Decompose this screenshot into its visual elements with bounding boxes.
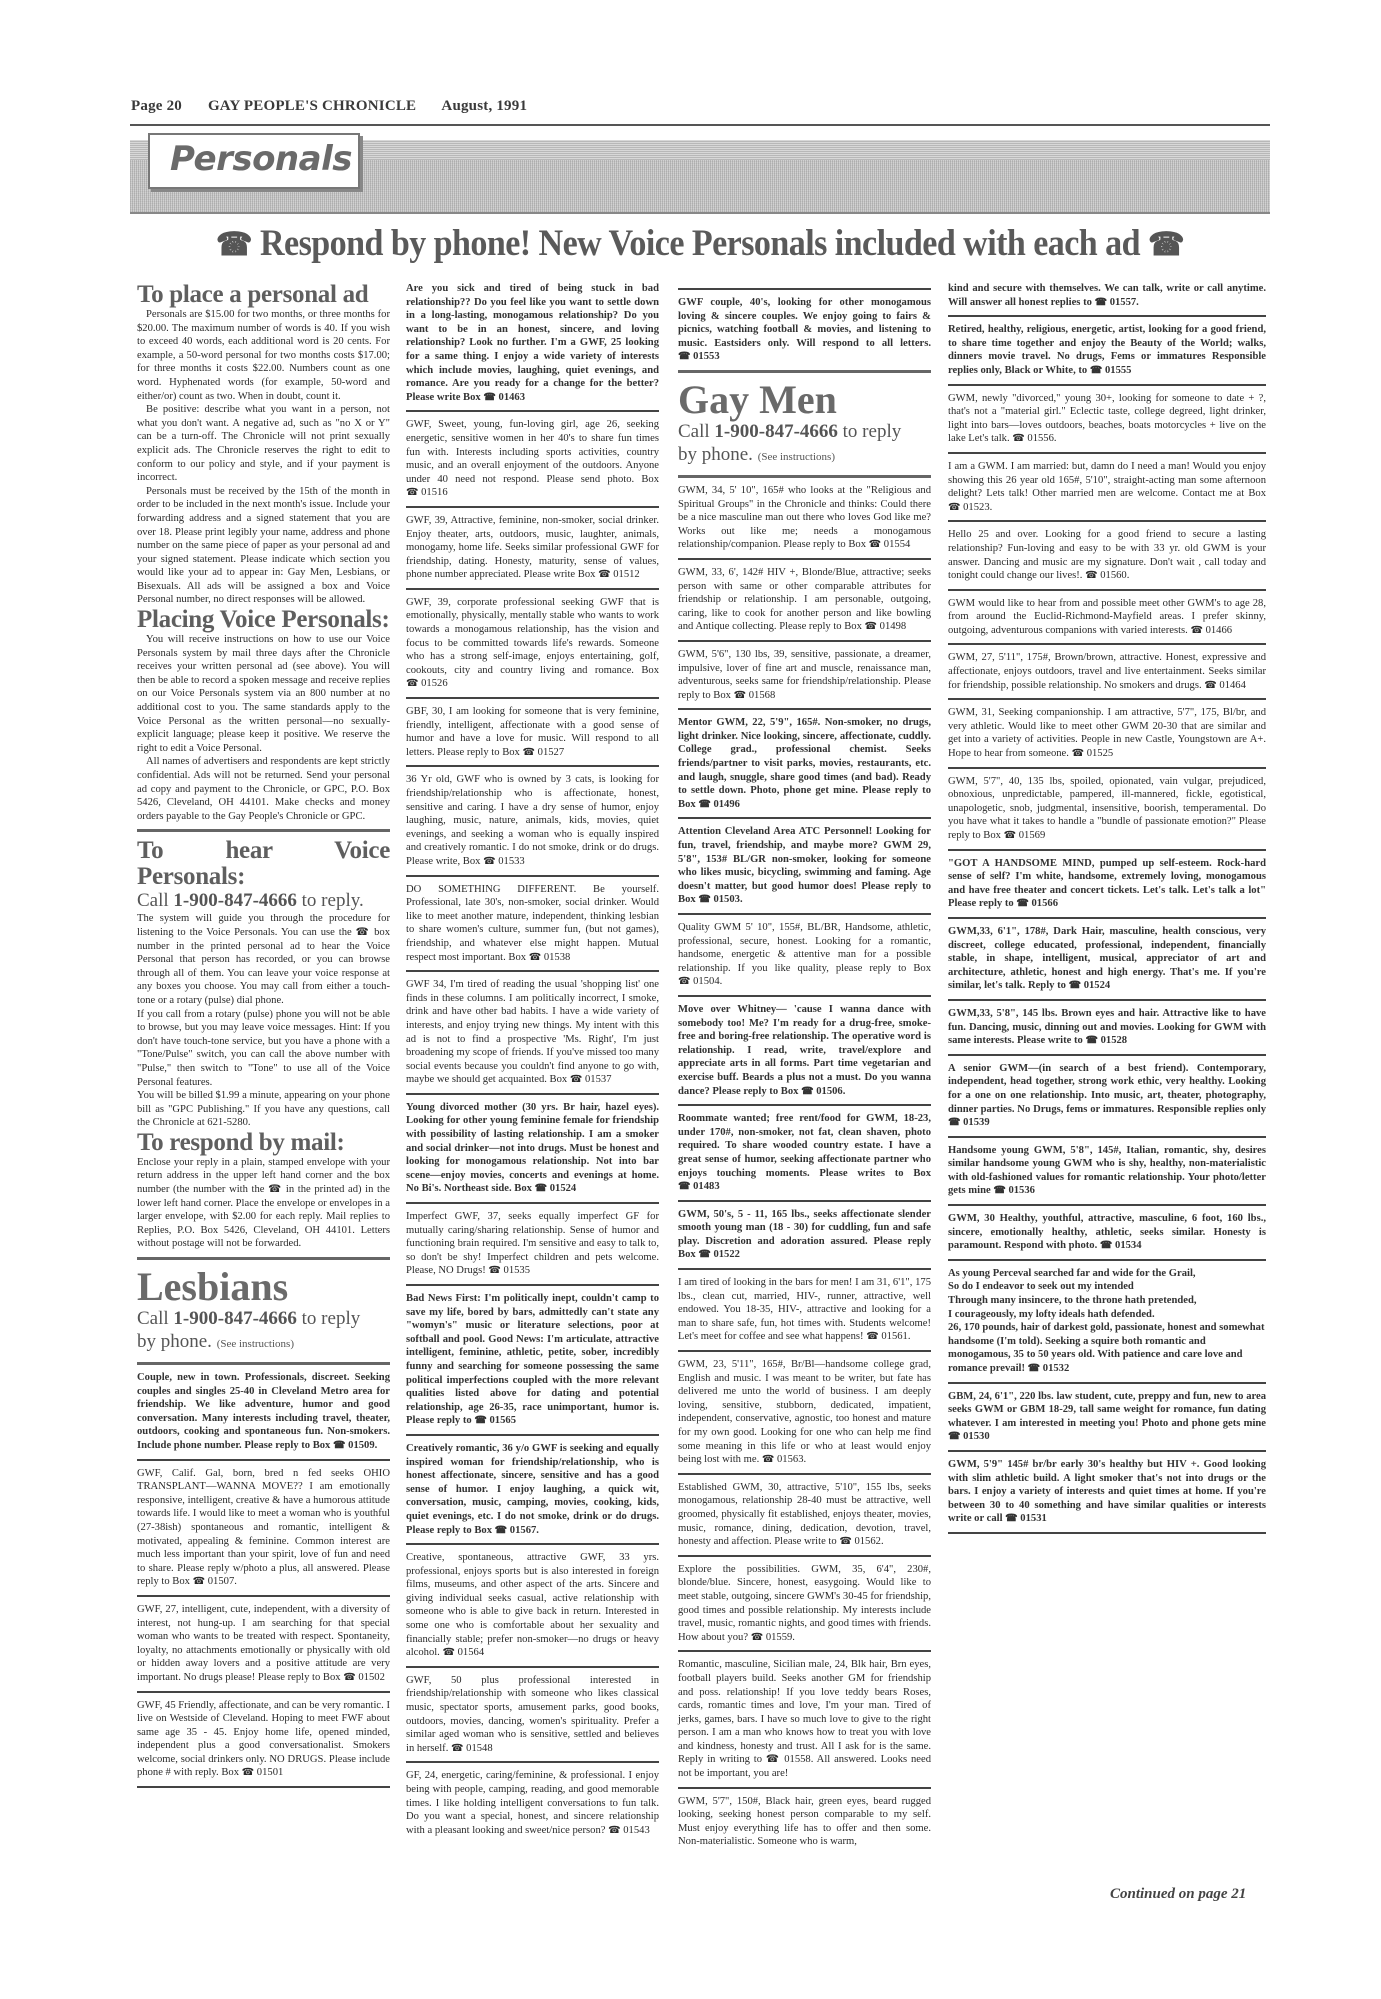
telephone-icon: ☎ xyxy=(1148,226,1184,262)
section-title: Personals xyxy=(170,139,352,179)
box-number: ☎ 01496 xyxy=(698,799,740,810)
box-id: 01496 xyxy=(713,799,739,810)
personal-ad: Young divorced mother (30 yrs. Br hair, … xyxy=(406,1101,659,1196)
ad-text: 36 Yr old, GWF who is owned by 3 cats, i… xyxy=(406,774,659,867)
page-number: Page 20 xyxy=(131,98,182,114)
divider xyxy=(406,970,659,972)
ad-text: GWF, Sweet, young, fun-loving girl, age … xyxy=(406,419,659,484)
telephone-icon: ☎ xyxy=(1072,748,1084,759)
telephone-icon: ☎ xyxy=(406,678,418,689)
telephone-icon: ☎ xyxy=(734,690,746,701)
divider xyxy=(137,1362,390,1365)
box-id: 01526 xyxy=(421,678,447,689)
ad-text: Bad News First: I'm politically inept, c… xyxy=(406,1293,659,1426)
phone-number: 1-900-847-4666 xyxy=(714,421,837,442)
call-suffix: to reply. xyxy=(297,890,364,911)
telephone-icon: ☎ xyxy=(1190,625,1202,636)
ad-text: GBM, 24, 6'1", 220 lbs. law student, cut… xyxy=(948,1391,1266,1429)
box-id: 01507. xyxy=(208,1576,237,1587)
box-id: 01522 xyxy=(713,1249,739,1260)
box-number: ☎ 01524 xyxy=(1069,980,1111,991)
divider xyxy=(406,1543,659,1545)
box-id: 01527 xyxy=(538,747,564,758)
box-id: 01557. xyxy=(1110,297,1139,308)
box-number: ☎ 01516 xyxy=(406,487,448,498)
ad-text: Quality GWM 5' 10", 155#, BL/BR, Handsom… xyxy=(678,922,931,974)
divider xyxy=(678,475,931,478)
box-id: 01538 xyxy=(544,952,570,963)
personal-ad: GWF 34, I'm tired of reading the usual '… xyxy=(406,978,659,1087)
ad-text: GWF, Calif. Gal, born, bred n fed seeks … xyxy=(137,1468,390,1588)
divider xyxy=(137,1691,390,1693)
telephone-icon: ☎ xyxy=(406,487,418,498)
telephone-icon: ☎ xyxy=(948,1117,960,1128)
divider xyxy=(678,640,931,642)
divider xyxy=(678,288,931,290)
divider xyxy=(137,1595,390,1597)
telephone-icon: ☎ xyxy=(678,1181,690,1192)
personal-ad: GBM, 24, 6'1", 220 lbs. law student, cut… xyxy=(948,1390,1266,1444)
divider xyxy=(406,765,659,767)
divider xyxy=(948,384,1266,386)
personal-ad: Are you sick and tired of being stuck in… xyxy=(406,282,659,404)
personal-ad: Attention Cleveland Area ATC Personnel! … xyxy=(678,825,931,907)
divider xyxy=(948,767,1266,769)
box-id: 01569 xyxy=(1019,830,1045,841)
box-id: 01531 xyxy=(1020,1513,1046,1524)
telephone-icon: ☎ xyxy=(801,1086,813,1097)
by-phone-text: by phone. xyxy=(678,444,753,465)
telephone-icon: ☎ xyxy=(678,976,690,987)
box-id: 01530 xyxy=(963,1431,989,1442)
box-id: 01501 xyxy=(257,1767,283,1778)
telephone-icon: ☎ xyxy=(865,621,877,632)
personal-ad: GWM, 5'7", 150#, Black hair, green eyes,… xyxy=(678,1795,931,1849)
telephone-icon: ☎ xyxy=(1028,1363,1040,1374)
divider xyxy=(948,1532,1266,1534)
gay-men-heading: Gay Men xyxy=(678,379,931,421)
personal-ad: Hello 25 and over. Looking for a good fr… xyxy=(948,528,1266,582)
box-number: ☎ 01526 xyxy=(406,678,448,689)
box-id: 01548 xyxy=(466,1743,492,1754)
voice-personals-paragraph: You will receive instructions on how to … xyxy=(137,633,390,755)
divider xyxy=(406,1093,659,1095)
hear-paragraph: You will be billed $1.99 a minute, appea… xyxy=(137,1089,390,1130)
divider xyxy=(678,708,931,710)
column-3: GWF couple, 40's, looking for other mono… xyxy=(678,282,931,1849)
mail-paragraph: Enclose your reply in a plain, stamped e… xyxy=(137,1156,390,1251)
box-id: 01528 xyxy=(1101,1035,1127,1046)
place-ad-paragraph: Personals must be received by the 15th o… xyxy=(137,485,390,607)
ad-text: Young divorced mother (30 yrs. Br hair, … xyxy=(406,1102,659,1195)
telephone-icon: ☎ xyxy=(1100,1240,1112,1251)
ad-text: GWM, 5'7", 40, 135 lbs, spoiled, opionat… xyxy=(948,776,1266,841)
personal-ad: GBF, 30, I am looking for someone that i… xyxy=(406,705,659,759)
divider xyxy=(678,1350,931,1352)
place-ad-paragraph: Personals are $15.00 for two months, or … xyxy=(137,308,390,403)
divider xyxy=(948,1450,1266,1452)
ad-text: Creatively romantic, 36 y/o GWF is seeki… xyxy=(406,1443,659,1536)
ad-text: Roommate wanted; free rent/food for GWM,… xyxy=(678,1113,931,1178)
box-id: 01537 xyxy=(585,1074,611,1085)
box-number: ☎ 01563. xyxy=(762,1454,806,1465)
call-suffix: to reply xyxy=(838,421,901,442)
box-id: 01509. xyxy=(348,1440,377,1451)
personal-ad: Romantic, masculine, Sicilian male, 24, … xyxy=(678,1658,931,1780)
telephone-icon: ☎ xyxy=(1004,830,1016,841)
headline-text: Respond by phone! New Voice Personals in… xyxy=(260,223,1140,264)
box-number: ☎ 01559. xyxy=(751,1632,795,1643)
box-id: 01535 xyxy=(504,1265,530,1276)
phone-number: 1-900-847-4666 xyxy=(173,890,296,911)
box-number: ☎ 01561. xyxy=(866,1331,910,1342)
telephone-icon: ☎ xyxy=(1085,570,1097,581)
divider xyxy=(678,1555,931,1557)
personal-ad: Mentor GWM, 22, 5'9", 165#. Non-smoker, … xyxy=(678,716,931,811)
voice-personals-heading: Placing Voice Personals: xyxy=(137,607,390,633)
box-number: ☎ 01502 xyxy=(343,1672,385,1683)
telephone-icon: ☎ xyxy=(698,1249,710,1260)
personal-ad: Bad News First: I'm politically inept, c… xyxy=(406,1292,659,1428)
box-number: ☎ 01553 xyxy=(678,351,720,362)
header-rule xyxy=(130,124,1270,126)
personal-ad: GWM, 27, 5'11", 175#, Brown/brown, attra… xyxy=(948,651,1266,692)
voice-personals-paragraph: All names of advertisers and respondents… xyxy=(137,755,390,823)
divider xyxy=(406,697,659,699)
personal-ad: "GOT A HANDSOME MIND, pumped up self-est… xyxy=(948,857,1266,911)
personal-ad: GWF, Calif. Gal, born, bred n fed seeks … xyxy=(137,1467,390,1589)
telephone-icon: ☎ xyxy=(193,1576,205,1587)
box-number: ☎ 01556. xyxy=(1012,433,1056,444)
telephone-icon: ☎ xyxy=(762,1454,774,1465)
respond-mail-heading: To respond by mail: xyxy=(137,1130,390,1156)
box-number: ☎ 01532 xyxy=(1028,1363,1070,1374)
box-id: 01523. xyxy=(963,502,992,513)
divider xyxy=(948,917,1266,919)
divider xyxy=(137,1257,390,1260)
ad-text: Established GWM, 30, attractive, 5'10", … xyxy=(678,1482,931,1547)
box-id: 01532 xyxy=(1043,1363,1069,1374)
personal-ad: Handsome young GWM, 5'8", 145#, Italian,… xyxy=(948,1144,1266,1198)
box-number: ☎ 01464 xyxy=(1204,680,1246,691)
personal-ad: DO SOMETHING DIFFERENT. Be yourself. Pro… xyxy=(406,883,659,965)
divider xyxy=(948,1054,1266,1056)
personal-ad: Retired, healthy, religious, energetic, … xyxy=(948,323,1266,377)
box-id: 01512 xyxy=(613,569,639,580)
box-number: ☎ 01498 xyxy=(865,621,907,632)
ad-text: "GOT A HANDSOME MIND, pumped up self-est… xyxy=(948,858,1266,910)
box-number: ☎ 01566 xyxy=(1016,898,1058,909)
divider xyxy=(137,1459,390,1461)
personal-ad: GWM would like to hear from and possible… xyxy=(948,597,1266,638)
box-id: 01504. xyxy=(693,976,722,987)
box-id: 01564 xyxy=(458,1647,484,1658)
ad-text: Creative, spontaneous, attractive GWF, 3… xyxy=(406,1552,659,1658)
divider xyxy=(406,588,659,590)
see-instructions-note: (See instructions) xyxy=(217,1338,294,1350)
box-number: ☎ 01501 xyxy=(242,1767,284,1778)
place-ad-paragraph: Be positive: describe what you want in a… xyxy=(137,403,390,485)
ad-text: GWF, 50 plus professional interested in … xyxy=(406,1675,659,1754)
hear-paragraph: The system will guide you through the pr… xyxy=(137,912,390,1007)
ad-text: Move over Whitney— 'cause I wanna dance … xyxy=(678,1004,931,1097)
telephone-icon: ☎ xyxy=(1012,433,1024,444)
divider xyxy=(948,1204,1266,1206)
telephone-icon: ☎ xyxy=(333,1440,345,1451)
box-number: ☎ 01564 xyxy=(443,1647,485,1658)
box-id: 01543 xyxy=(623,1825,649,1836)
box-number: ☎ 01567. xyxy=(495,1525,539,1536)
personal-ad: GWF, 39, corporate professional seeking … xyxy=(406,596,659,691)
ad-text: GWF 34, I'm tired of reading the usual '… xyxy=(406,979,659,1085)
personal-ad: GWM, 33, 6', 142# HIV +, Blonde/Blue, at… xyxy=(678,566,931,634)
personal-ad: Quality GWM 5' 10", 155#, BL/BR, Handsom… xyxy=(678,921,931,989)
divider xyxy=(678,817,931,819)
ad-text: GWM, newly "divorced," young 30+, lookin… xyxy=(948,393,1266,445)
divider xyxy=(948,1136,1266,1138)
personal-ad: GWM, 23, 5'11", 165#, Br/Bl—handsome col… xyxy=(678,1358,931,1467)
box-id: 01524 xyxy=(1084,980,1110,991)
telephone-icon: ☎ xyxy=(488,1265,500,1276)
box-number: ☎ 01554 xyxy=(869,539,911,550)
ad-text: I am a GWM. I am married: but, damn do I… xyxy=(948,461,1266,499)
lesbians-heading: Lesbians xyxy=(137,1266,390,1308)
box-id: 01560. xyxy=(1100,570,1129,581)
box-number: ☎ 01463 xyxy=(483,392,525,403)
telephone-icon: ☎ xyxy=(1090,365,1102,376)
divider xyxy=(948,520,1266,522)
box-id: 01568 xyxy=(749,690,775,701)
ad-text: Explore the possibilities. GWM, 35, 6'4"… xyxy=(678,1564,931,1643)
ad-text: GWM, 5'6", 130 lbs, 39, sensitive, passi… xyxy=(678,649,931,701)
personal-ad: Creative, spontaneous, attractive GWF, 3… xyxy=(406,1551,659,1660)
personal-ad: Explore the possibilities. GWM, 35, 6'4"… xyxy=(678,1563,931,1645)
box-id: 01483 xyxy=(693,1181,719,1192)
personal-ad: GWM, 5'6", 130 lbs, 39, sensitive, passi… xyxy=(678,648,931,702)
box-number: ☎ 01543 xyxy=(608,1825,650,1836)
divider xyxy=(948,698,1266,700)
by-phone-text: by phone. xyxy=(137,1331,212,1352)
divider xyxy=(678,1268,931,1270)
box-number: ☎ 01506. xyxy=(801,1086,845,1097)
box-number: ☎ 01528 xyxy=(1085,1035,1127,1046)
personal-ad: GWM,33, 5'8", 145 lbs. Brown eyes and ha… xyxy=(948,1007,1266,1048)
telephone-icon: ☎ xyxy=(678,351,690,362)
telephone-icon: ☎ xyxy=(993,1185,1005,1196)
telephone-icon: ☎ xyxy=(751,1632,763,1643)
column-1: To place a personal ad Personals are $15… xyxy=(137,282,390,1794)
box-id: 01536 xyxy=(1008,1185,1034,1196)
issue-date: August, 1991 xyxy=(441,98,527,114)
box-number: ☎ 01525 xyxy=(1072,748,1114,759)
box-number: ☎ 01565 xyxy=(474,1415,516,1426)
personal-ad: GWF, 50 plus professional interested in … xyxy=(406,1674,659,1756)
divider xyxy=(406,410,659,412)
telephone-icon: ☎ xyxy=(608,1825,620,1836)
personal-ad: A senior GWM—(in search of a best friend… xyxy=(948,1062,1266,1130)
ad-text: GWM, 23, 5'11", 165#, Br/Bl—handsome col… xyxy=(678,1359,931,1465)
box-number: ☎ 01527 xyxy=(523,747,565,758)
divider xyxy=(137,1786,390,1788)
personal-ad: I am tired of looking in the bars for me… xyxy=(678,1276,931,1344)
hear-call-line: Call 1-900-847-4666 to reply. xyxy=(137,890,390,912)
box-id: 01565 xyxy=(490,1415,516,1426)
divider xyxy=(678,913,931,915)
box-number: ☎ 01531 xyxy=(1005,1513,1047,1524)
personal-ad: Imperfect GWF, 37, seeks equally imperfe… xyxy=(406,1210,659,1278)
ad-text: Are you sick and tired of being stuck in… xyxy=(406,283,659,403)
telephone-icon: ☎ xyxy=(483,392,495,403)
personal-ad: GWM, 31, Seeking companionship. I am att… xyxy=(948,706,1266,760)
personal-ad-continued: kind and secure with themselves. We can … xyxy=(948,282,1266,309)
personal-ad: GWF couple, 40's, looking for other mono… xyxy=(678,296,931,364)
box-number: ☎ 01507. xyxy=(193,1576,237,1587)
personal-ad: GWF, Sweet, young, fun-loving girl, age … xyxy=(406,418,659,500)
divider xyxy=(406,1284,659,1286)
divider xyxy=(948,849,1266,851)
ad-text: A senior GWM—(in search of a best friend… xyxy=(948,1063,1266,1115)
divider xyxy=(948,452,1266,454)
telephone-icon: ☎ xyxy=(1204,680,1216,691)
telephone-icon: ☎ xyxy=(1005,1513,1017,1524)
box-number: ☎ 01536 xyxy=(993,1185,1035,1196)
box-id: 01464 xyxy=(1219,680,1245,691)
box-number: ☎ 01523. xyxy=(948,502,992,513)
box-id: 01556. xyxy=(1027,433,1056,444)
telephone-icon: ☎ xyxy=(570,1074,582,1085)
box-number: ☎ 01562. xyxy=(839,1536,883,1547)
page-folio: Page 20 GAY PEOPLE'S CHRONICLE August, 1… xyxy=(131,98,549,115)
box-number: ☎ 01568 xyxy=(734,690,776,701)
ad-text: Imperfect GWF, 37, seeks equally imperfe… xyxy=(406,1211,659,1276)
box-id: 01559. xyxy=(766,1632,795,1643)
personal-ad: Move over Whitney— 'cause I wanna dance … xyxy=(678,1003,931,1098)
box-number: ☎ 01539 xyxy=(948,1117,990,1128)
personal-ad: GWM, 5'7", 40, 135 lbs, spoiled, opionat… xyxy=(948,775,1266,843)
telephone-icon: ☎ xyxy=(698,894,710,905)
telephone-icon: ☎ xyxy=(483,856,495,867)
personal-ad: GWM, 50's, 5 - 11, 165 lbs., seeks affec… xyxy=(678,1208,931,1262)
divider xyxy=(678,1104,931,1106)
box-number: ☎ 01533 xyxy=(483,856,525,867)
telephone-icon: ☎ xyxy=(529,952,541,963)
place-ad-heading: To place a personal ad xyxy=(137,282,390,308)
divider xyxy=(678,558,931,560)
personal-ad: I am a GWM. I am married: but, damn do I… xyxy=(948,460,1266,514)
box-id: 01533 xyxy=(498,856,524,867)
telephone-icon: ☎ xyxy=(443,1647,455,1658)
box-number: ☎ 01537 xyxy=(570,1074,612,1085)
telephone-icon: ☎ xyxy=(839,1536,851,1547)
box-id: 01562. xyxy=(854,1536,883,1547)
personal-ad: Roommate wanted; free rent/food for GWM,… xyxy=(678,1112,931,1194)
telephone-icon: ☎ xyxy=(242,1767,254,1778)
personal-ad: GWM, newly "divorced," young 30+, lookin… xyxy=(948,392,1266,446)
divider xyxy=(406,875,659,877)
personal-ad: As young Perceval searched far and wide … xyxy=(948,1267,1266,1376)
personal-ad: Couple, new in town. Professionals, disc… xyxy=(137,1371,390,1453)
telephone-icon: ☎ xyxy=(1016,898,1028,909)
personal-ad: GWM, 34, 5' 10", 165# who looks at the "… xyxy=(678,484,931,552)
telephone-icon: ☎ xyxy=(866,1331,878,1342)
box-number: ☎ 01509. xyxy=(333,1440,377,1451)
telephone-icon: ☎ xyxy=(1069,980,1081,991)
section-banner-box: Personals xyxy=(148,133,360,189)
box-id: 01539 xyxy=(963,1117,989,1128)
box-id: 01567. xyxy=(510,1525,539,1536)
by-phone-line: by phone. (See instructions) xyxy=(137,1330,390,1356)
newspaper-page: Page 20 GAY PEOPLE'S CHRONICLE August, 1… xyxy=(0,0,1381,1999)
box-id: 01498 xyxy=(880,621,906,632)
box-number: ☎ 01466 xyxy=(1190,625,1232,636)
personal-ad: GWF, 45 Friendly, affectionate, and can … xyxy=(137,1699,390,1781)
divider xyxy=(406,506,659,508)
hear-voice-heading: To hear Voice Personals: xyxy=(137,838,390,890)
divider xyxy=(948,589,1266,591)
telephone-icon: ☎ xyxy=(451,1743,463,1754)
telephone-icon: ☎ xyxy=(523,747,535,758)
see-instructions-note: (See instructions) xyxy=(758,451,835,463)
divider xyxy=(678,1473,931,1475)
personal-ad: GF, 24, energetic, caring/feminine, & pr… xyxy=(406,1769,659,1837)
box-id: 01524 xyxy=(550,1183,576,1194)
call-prefix: Call xyxy=(137,890,173,911)
personal-ad: GWM, 30 Healthy, youthful, attractive, m… xyxy=(948,1212,1266,1253)
box-number: ☎ 01555 xyxy=(1090,365,1132,376)
ad-text: As young Perceval searched far and wide … xyxy=(948,1268,1265,1374)
box-number: ☎ 01548 xyxy=(451,1743,493,1754)
divider xyxy=(406,1434,659,1436)
telephone-icon: ☎ xyxy=(343,1672,355,1683)
telephone-icon: ☎ xyxy=(598,569,610,580)
personal-ad: 36 Yr old, GWF who is owned by 3 cats, i… xyxy=(406,773,659,868)
telephone-icon: ☎ xyxy=(948,502,960,513)
box-id: 01502 xyxy=(358,1672,384,1683)
box-id: 01534 xyxy=(1115,1240,1141,1251)
box-number: ☎ 01503. xyxy=(698,894,742,905)
divider xyxy=(678,1200,931,1202)
personal-ad: GWM, 5'9" 145# br/br early 30's healthy … xyxy=(948,1458,1266,1526)
telephone-icon: ☎ xyxy=(1095,297,1107,308)
divider xyxy=(948,1259,1266,1261)
divider xyxy=(137,829,390,832)
ad-text: GWF, 39, corporate professional seeking … xyxy=(406,597,659,676)
phone-number: 1-900-847-4666 xyxy=(173,1308,296,1329)
box-id: 01506. xyxy=(816,1086,845,1097)
box-id: 01525 xyxy=(1087,748,1113,759)
personal-ad: GWF, 39, Attractive, feminine, non-smoke… xyxy=(406,514,659,582)
divider xyxy=(406,1666,659,1668)
box-id: 01466 xyxy=(1206,625,1232,636)
telephone-icon: ☎ xyxy=(495,1525,507,1536)
ad-text: GWM, 5'7", 150#, Black hair, green eyes,… xyxy=(678,1796,931,1848)
call-suffix: to reply xyxy=(297,1308,360,1329)
box-id: 01463 xyxy=(499,392,525,403)
divider xyxy=(678,1787,931,1789)
divider xyxy=(948,315,1266,317)
divider xyxy=(948,1382,1266,1384)
box-number: ☎ 01535 xyxy=(488,1265,530,1276)
personal-ad: GWF, 27, intelligent, cute, independent,… xyxy=(137,1603,390,1685)
divider xyxy=(948,643,1266,645)
column-2: Are you sick and tired of being stuck in… xyxy=(406,282,659,1837)
divider xyxy=(406,1202,659,1204)
personal-ad: Established GWM, 30, attractive, 5'10", … xyxy=(678,1481,931,1549)
box-id: 01516 xyxy=(421,487,447,498)
telephone-icon: ☎ xyxy=(948,1431,960,1442)
box-number: ☎ 01538 xyxy=(529,952,571,963)
box-id: 01563. xyxy=(777,1454,806,1465)
